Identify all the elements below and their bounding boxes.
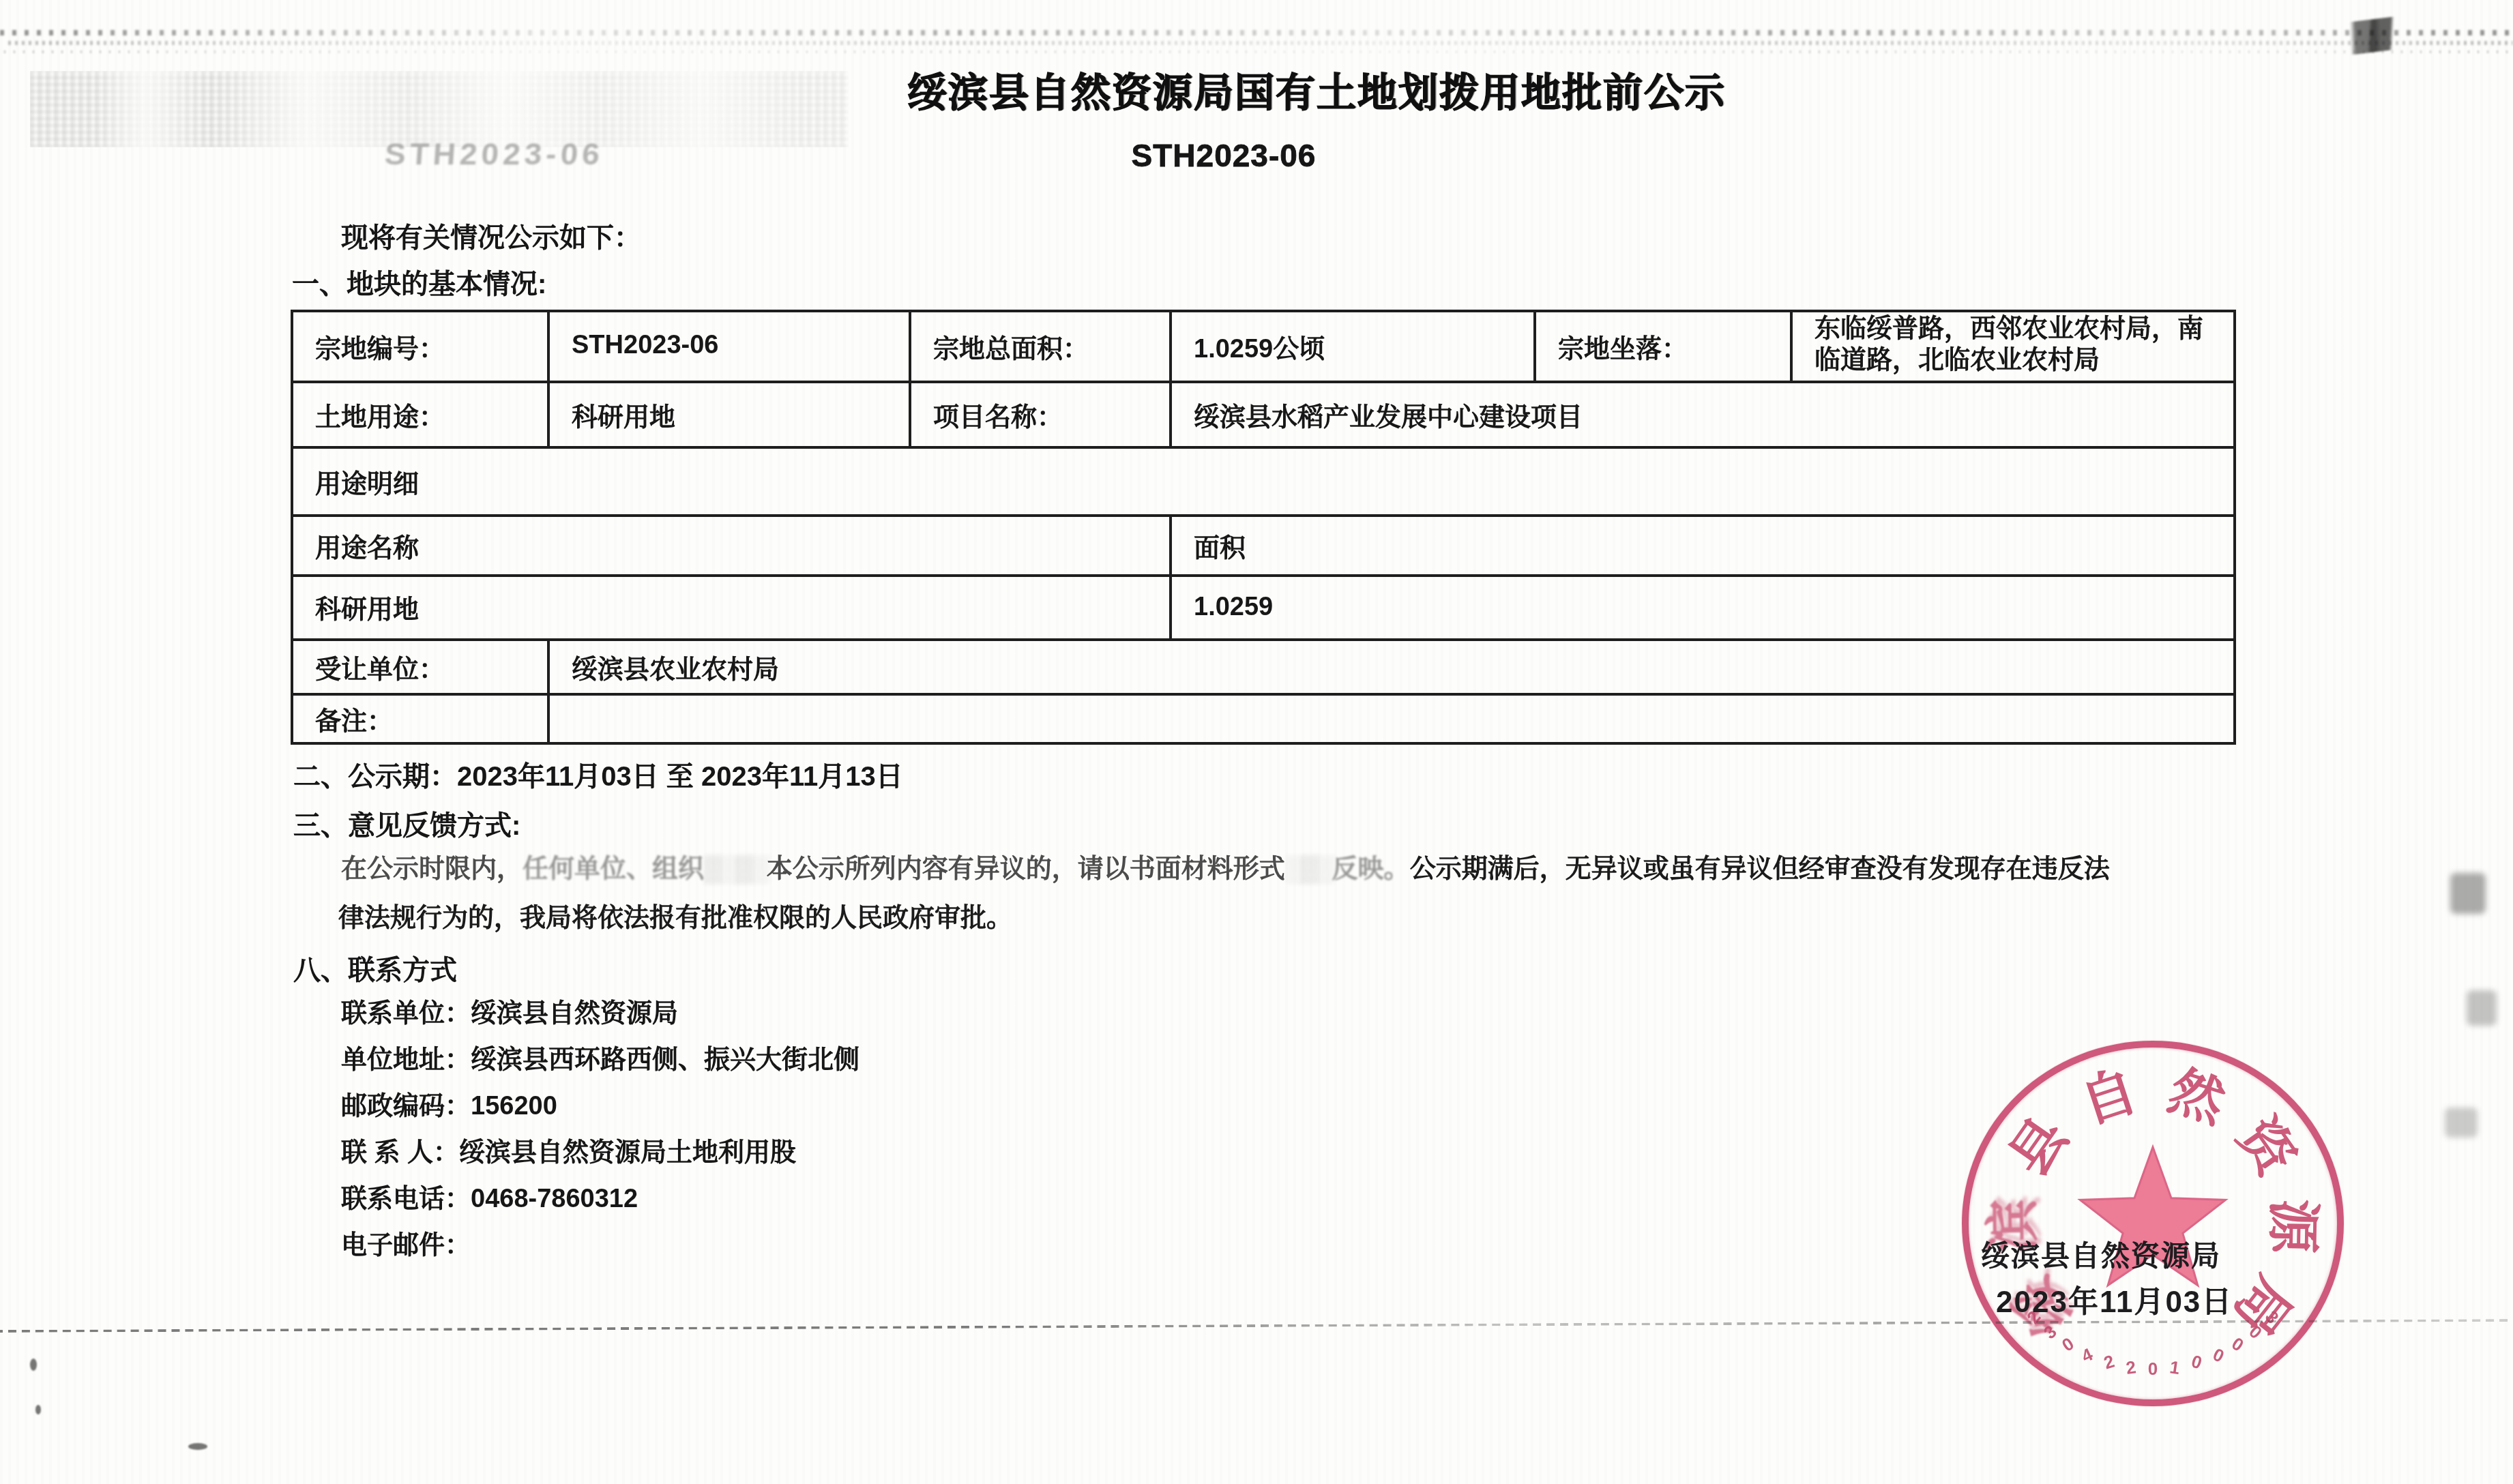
contact-unit-line: 联系单位：绥滨县自然资源局 xyxy=(341,993,678,1030)
remark-label: 备注： xyxy=(292,694,548,743)
seal-serial-digit: 0 xyxy=(2143,1359,2162,1380)
scan-speck xyxy=(35,1405,41,1414)
paragraph-segment: 公示期满后，无异议或虽有异议但经审查没有发现存在违反法 xyxy=(1410,855,2110,884)
grantee-label: 受让单位： xyxy=(292,640,548,694)
project-name-label: 项目名称： xyxy=(910,382,1171,447)
usage-name-header: 用途名称 xyxy=(292,516,1171,576)
table-row: 用途明细 xyxy=(292,447,2235,516)
paragraph-segment: 任何单位、组织 xyxy=(523,855,704,884)
section2-heading: 二、公示期：2023年11月03日 至 2023年11月13日 xyxy=(293,754,903,794)
parcel-no-value: STH2023-06 xyxy=(548,311,910,382)
remark-value xyxy=(548,694,2235,743)
parcel-info-table: 宗地编号： STH2023-06 宗地总面积： 1.0259公顷 宗地坐落： 东… xyxy=(291,310,2236,745)
table-row: 用途名称 面积 xyxy=(292,516,2235,576)
feedback-paragraph-line1: 在公示时限内，任何单位、组织▒░▒░本公示所列内容有异议的，请以书面材料形式░▒… xyxy=(341,848,2110,885)
email-line: 电子邮件： xyxy=(341,1225,471,1262)
page-title: 绥滨县自然资源局国有土地划拨用地批前公示 xyxy=(907,63,1726,119)
table-row: 土地用途： 科研用地 项目名称： 绥滨县水稻产业发展中心建设项目 xyxy=(292,382,2235,447)
scan-speck xyxy=(188,1443,207,1450)
illegible-smudge: ░▒░ xyxy=(1285,855,1332,884)
seal-arc-char: 源 xyxy=(2263,1197,2321,1255)
parcel-no-label: 宗地编号： xyxy=(292,311,548,382)
seal-issuer-text: 绥滨县自然资源局 xyxy=(1981,1234,2221,1275)
location-label: 宗地坐落： xyxy=(1535,311,1791,382)
faded-smudge-text xyxy=(30,71,849,147)
total-area-label: 宗地总面积： xyxy=(910,311,1171,382)
scan-edge-smudge xyxy=(2467,990,2497,1026)
scan-edge-smudge xyxy=(2445,1108,2478,1138)
scanned-notice-screenshot: 绥滨县自然资源局国有土地划拨用地批前公示 STH2023-06 STH2023-… xyxy=(0,0,2513,1484)
table-row: 备注： xyxy=(292,694,2235,743)
usage-name-value: 科研用地 xyxy=(292,576,1171,640)
intro-line: 现将有关情况公示如下： xyxy=(341,216,641,255)
land-use-label: 土地用途： xyxy=(292,382,548,447)
contact-address-line: 单位地址：绥滨县西环路西侧、振兴大街北侧 xyxy=(341,1039,859,1076)
doc-number: STH2023-06 xyxy=(1132,138,1317,175)
scan-edge-smudge xyxy=(2450,873,2486,914)
grantee-value: 绥滨县农业农村局 xyxy=(548,640,2235,694)
usage-area-header: 面积 xyxy=(1171,516,2235,576)
feedback-paragraph-line2: 律法规行为的，我局将依法报有批准权限的人民政府审批。 xyxy=(338,897,1012,934)
table-row: 科研用地 1.0259 xyxy=(292,576,2235,640)
official-seal: 绥 滨 县 自 然 资 源 局 2 3 0 4 2 2 0 1 0 0 0 0 … xyxy=(1962,1041,2344,1406)
paragraph-segment: 反映。 xyxy=(1332,855,1410,884)
project-name-value: 绥滨县水稻产业发展中心建设项目 xyxy=(1171,382,2235,447)
table-row: 宗地编号： STH2023-06 宗地总面积： 1.0259公顷 宗地坐落： 东… xyxy=(292,311,2235,382)
land-use-value: 科研用地 xyxy=(548,382,910,447)
section3-heading: 三、意见反馈方式: xyxy=(293,803,520,843)
contact-person-line: 联 系 人：绥滨县自然资源局土地利用股 xyxy=(341,1132,796,1169)
section4-heading: 八、联系方式 xyxy=(293,948,457,988)
seal-serial-digit: 1 xyxy=(2164,1356,2186,1380)
table-row: 受让单位： 绥滨县农业农村局 xyxy=(292,640,2235,694)
section1-heading: 一、地块的基本情况: xyxy=(292,262,546,301)
scan-speck xyxy=(30,1359,37,1371)
illegible-smudge: ▒░▒░ xyxy=(704,855,767,884)
paragraph-segment: 在公示时限内， xyxy=(341,855,523,884)
total-area-value: 1.0259公顷 xyxy=(1171,311,1535,382)
location-value: 东临绥普路，西邻农业农村局，南临道路，北临农业农村局 xyxy=(1791,311,2235,382)
usage-detail-header: 用途明细 xyxy=(292,447,2235,516)
contact-phone-line: 联系电话：0468-7860312 xyxy=(341,1178,638,1215)
paragraph-segment: 本公示所列内容有异议的，请以书面材料形式 xyxy=(767,855,1285,884)
document-page: 绥滨县自然资源局国有土地划拨用地批前公示 STH2023-06 STH2023-… xyxy=(0,0,2513,1484)
ghost-doc-number: STH2023-06 xyxy=(383,137,604,172)
seal-serial-digit: 2 xyxy=(2120,1356,2142,1380)
seal-date-text: 2023年11月03日 xyxy=(1996,1279,2233,1322)
usage-area-value: 1.0259 xyxy=(1171,576,2235,640)
postal-code-line: 邮政编码：156200 xyxy=(341,1086,557,1123)
